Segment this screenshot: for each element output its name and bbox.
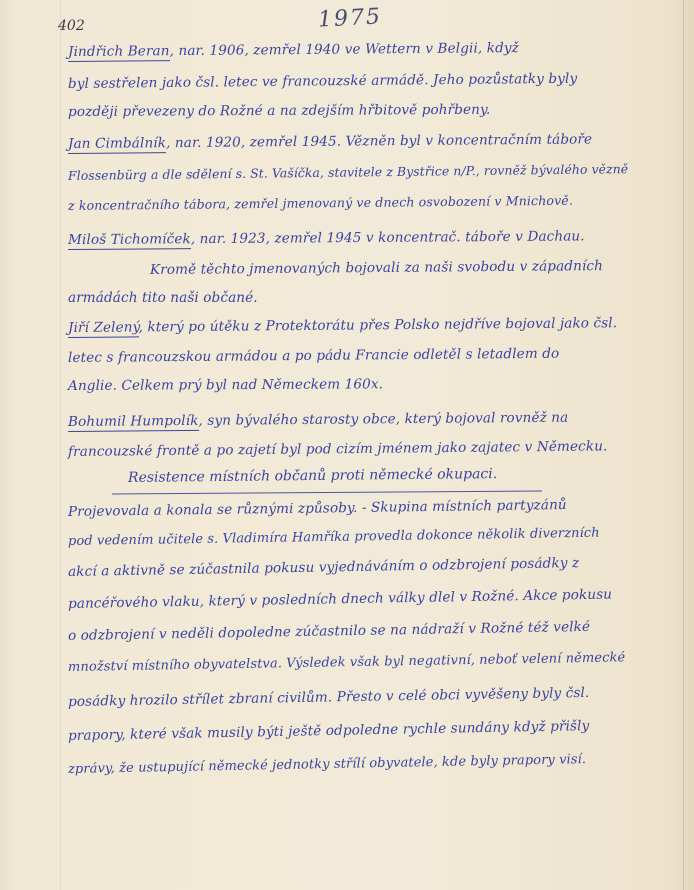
person-name: Jiří Zelený	[68, 319, 139, 338]
year-heading: 1975	[317, 4, 382, 32]
entry-line: Jan Cimbálník, nar. 1920, zemřel 1945. V…	[68, 131, 672, 152]
section-line: Projevovala a konala se různými způsoby.…	[68, 496, 672, 520]
section-line: množství místního obyvatelstva. Výsledek…	[68, 649, 672, 675]
entry-line: Flossenbürg a dle sdělení s. St. Vašíčka…	[68, 161, 672, 183]
entry-line: Jiří Zelený, který po útěku z Protektorá…	[68, 315, 672, 336]
entry-line: Miloš Tichomíček, nar. 1923, zemřel 1945…	[68, 228, 672, 248]
section-line: o odzbrojení v neděli dopoledne zúčastni…	[68, 617, 672, 644]
document-page: 402 1975 Jindřich Beran, nar. 1906, zemř…	[0, 0, 694, 890]
person-name: Bohumil Humpolík	[68, 413, 199, 432]
section-heading: Resistence místních občanů proti německé…	[128, 466, 497, 486]
entry-line: Anglie. Celkem prý byl nad Německem 160x…	[68, 375, 672, 394]
entry-line: armádách tito naši občané.	[68, 290, 672, 306]
entry-line: francouzské frontě a po zajetí byl pod c…	[68, 438, 672, 460]
section-line: posádky hrozilo střílet zbraní civilům. …	[68, 683, 672, 710]
section-line: prapory, které však musily býti ještě od…	[68, 716, 672, 744]
section-line: pancéřového vlaku, který v posledních dn…	[68, 585, 672, 612]
person-name: Jan Cimbálník	[68, 135, 166, 154]
entry-line: Jindřich Beran, nar. 1906, zemřel 1940 v…	[68, 39, 672, 60]
entry-line: z koncentračního tábora, zemřel jmenovan…	[68, 192, 672, 213]
entry-line: Bohumil Humpolík, syn bývalého starosty …	[68, 409, 672, 430]
entry-line: letec s francouzskou armádou a po pádu F…	[68, 345, 672, 366]
entry-line: Kromě těchto jmenovaných bojovali za naš…	[150, 257, 672, 278]
entry-line: byl sestřelen jako čsl. letec ve francou…	[68, 70, 672, 92]
entry-line: později převezeny do Rožné a na zdejším …	[68, 101, 672, 120]
heading-underline	[112, 490, 542, 494]
person-name: Jindřich Beran	[68, 43, 170, 62]
page-number: 402	[58, 18, 85, 34]
person-name: Miloš Tichomíček	[68, 231, 191, 250]
section-line: pod vedením učitele s. Vladimíra Hamříka…	[68, 525, 672, 549]
section-line: zprávy, že ustupující německé jednotky s…	[68, 750, 672, 777]
section-line: akcí a aktivně se zúčastnila pokusu vyje…	[68, 553, 672, 580]
